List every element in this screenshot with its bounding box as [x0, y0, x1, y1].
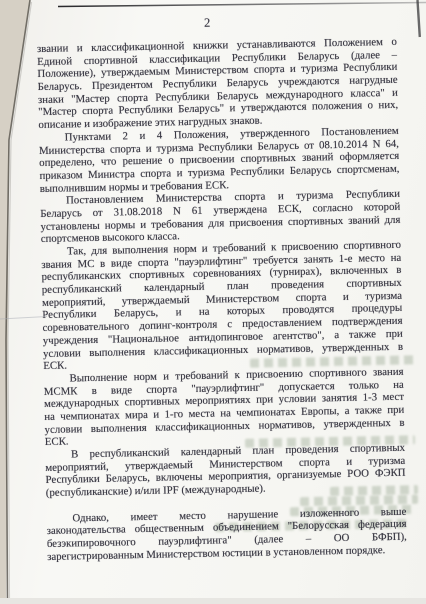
paragraph: Так, для выполнения норм и требований к …: [41, 239, 403, 373]
page-content: 2 звании и классификационной книжки уста…: [0, 0, 426, 604]
paragraph: Пунктами 2 и 4 Положения, утвержденного …: [39, 125, 400, 196]
paragraph: звании и классификационной книжки устана…: [37, 36, 399, 132]
document-body: звании и классификационной книжки устана…: [37, 36, 407, 564]
scanned-document-page: 2 звании и классификационной книжки уста…: [0, 0, 426, 604]
paragraph: В республиканский календарный план прове…: [45, 442, 406, 500]
page-number: 2: [0, 11, 421, 35]
paragraph: Однако, имеет место нарушение изложенног…: [46, 505, 407, 563]
paragraph: Выполнение норм и требований к присвоени…: [43, 366, 404, 449]
paragraph: Постановлением Министерства спорта и тур…: [40, 188, 401, 246]
